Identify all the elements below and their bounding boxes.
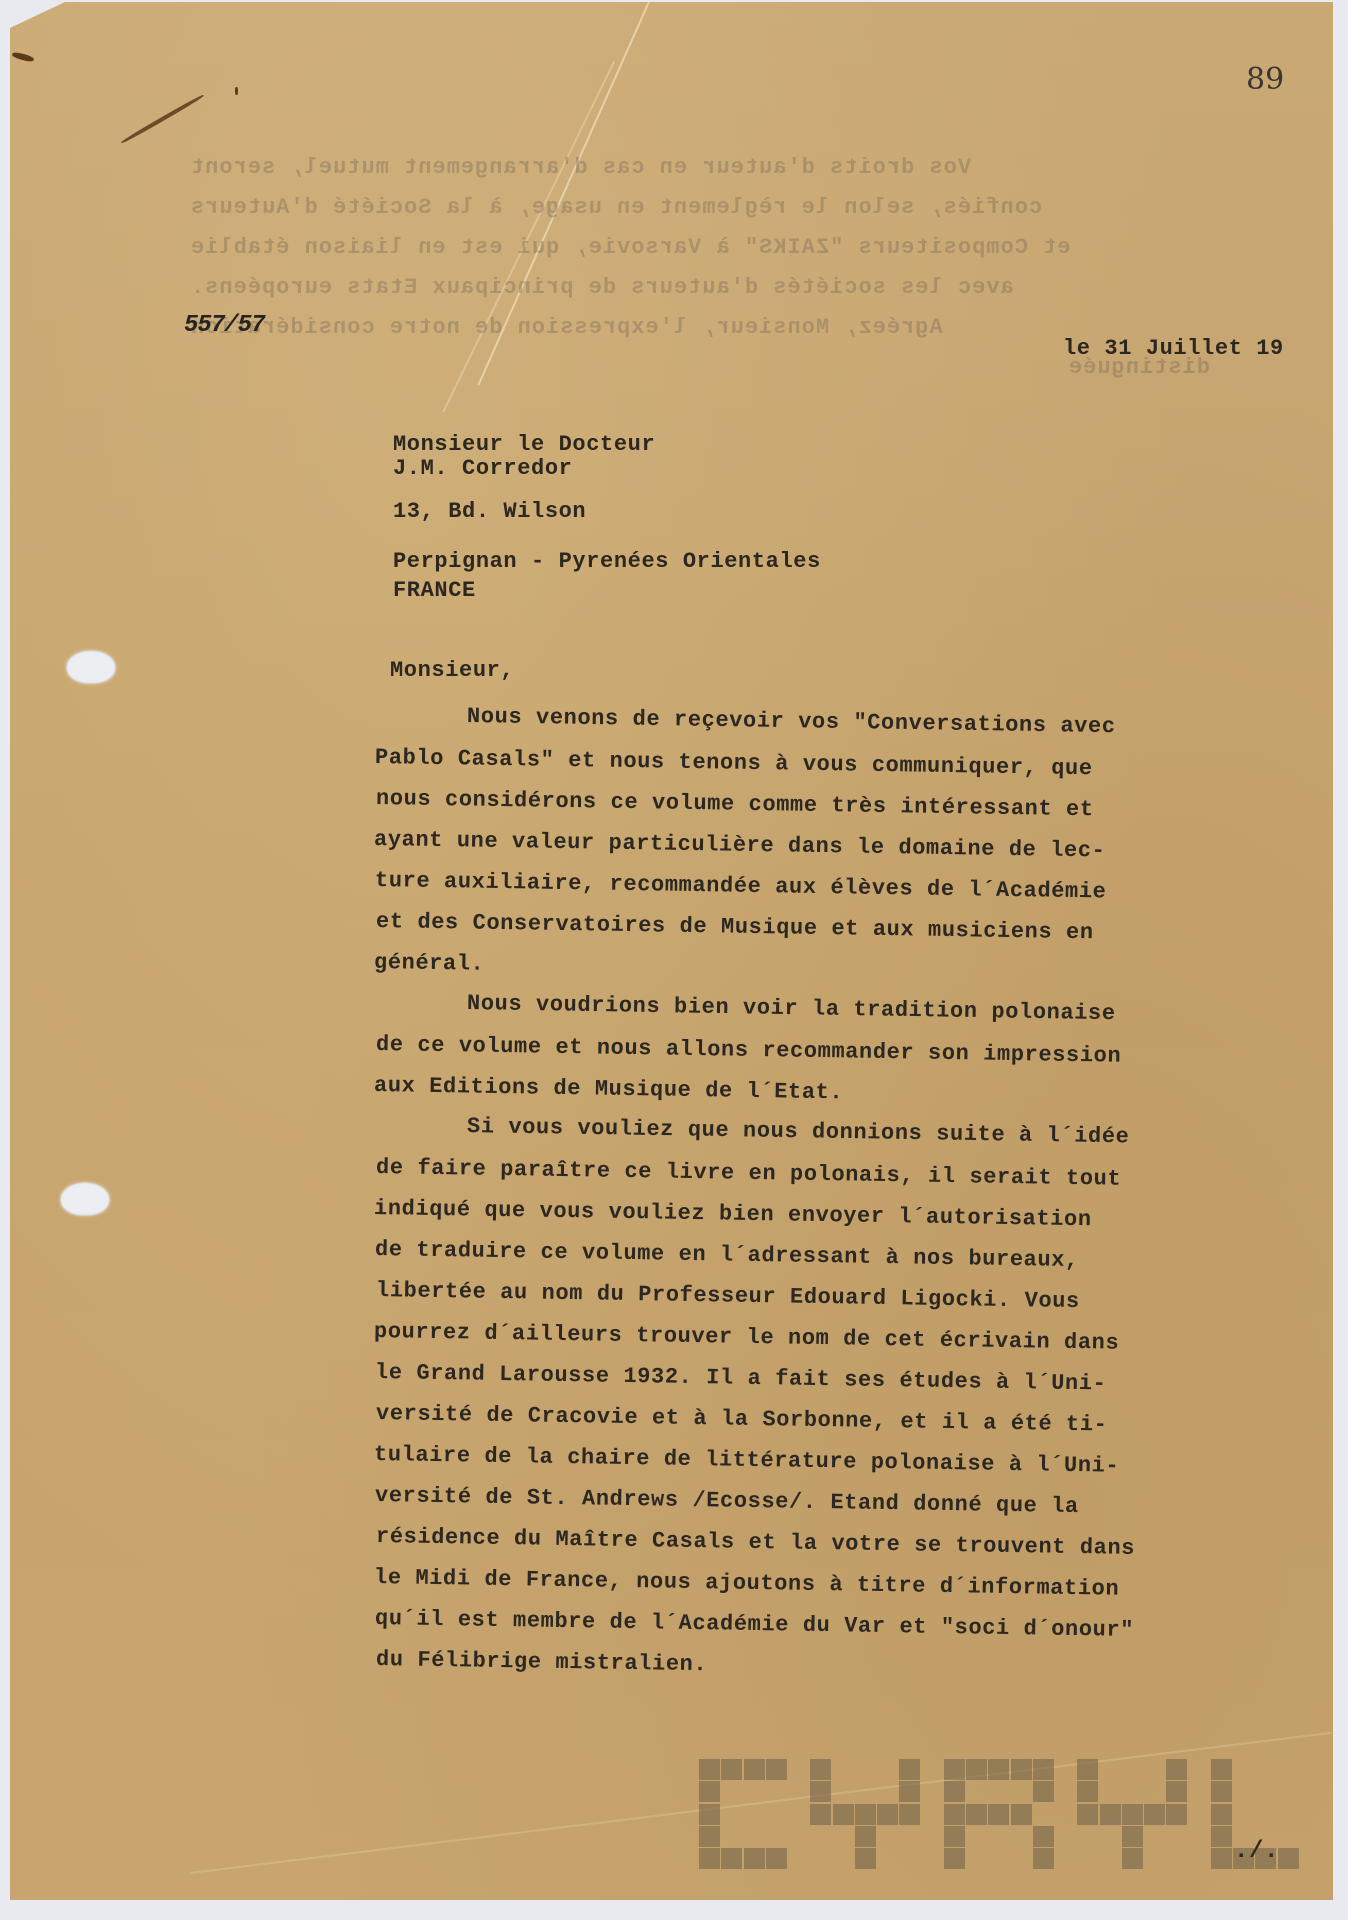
salutation: Monsieur, — [390, 658, 514, 683]
watermark-cell — [699, 1848, 720, 1869]
watermark-cell — [944, 1781, 965, 1802]
watermark-cell — [1122, 1826, 1143, 1847]
watermark-cell — [1077, 1781, 1098, 1802]
watermark-cell — [1122, 1848, 1143, 1869]
watermark-cell — [855, 1826, 876, 1847]
watermark-cell — [810, 1781, 831, 1802]
watermark-cell — [766, 1759, 787, 1780]
watermark-cell — [966, 1759, 987, 1780]
watermark-cell — [1033, 1781, 1054, 1802]
ghost-line: Vos droits d'auteur en cas d'arrangement… — [190, 148, 1210, 188]
watermark-cell — [1211, 1781, 1232, 1802]
watermark-cell — [699, 1826, 720, 1847]
watermark-cell — [1278, 1848, 1299, 1869]
watermark-cell — [1166, 1759, 1187, 1780]
watermark-cell — [944, 1804, 965, 1825]
watermark-cell — [1211, 1848, 1232, 1869]
watermark-cell — [699, 1759, 720, 1780]
address-line: J.M. Corredor — [393, 456, 572, 481]
page-number: 89 — [1246, 62, 1284, 97]
watermark-cell — [721, 1759, 742, 1780]
watermark-cell — [988, 1759, 1009, 1780]
watermark-cell — [1211, 1759, 1232, 1780]
watermark-cell — [1166, 1804, 1187, 1825]
watermark-cell — [899, 1759, 920, 1780]
watermark-cell — [766, 1848, 787, 1869]
letter-date: le 31 Juillet 19 — [1063, 336, 1284, 361]
watermark-cell — [699, 1804, 720, 1825]
ghost-line: confiés, selon le règlement en usage, à … — [190, 188, 1210, 228]
watermark-cell — [1033, 1848, 1054, 1869]
watermark-cell — [966, 1804, 987, 1825]
watermark-cell — [988, 1804, 1009, 1825]
watermark-cell — [944, 1759, 965, 1780]
address-line: Perpignan - Pyrenées Orientales — [393, 549, 821, 574]
punch-hole — [66, 650, 116, 684]
watermark-cell — [721, 1848, 742, 1869]
watermark-cell — [1033, 1759, 1054, 1780]
ink-stain — [12, 51, 35, 62]
watermark-cell — [855, 1848, 876, 1869]
reference-number: 557/57 — [184, 312, 264, 339]
body-line: du Félibrige mistralien. — [376, 1647, 708, 1677]
watermark-cell — [1011, 1804, 1032, 1825]
bleed-through-text: Vos droits d'auteur en cas d'arrangement… — [190, 148, 1210, 388]
punch-hole — [60, 1182, 110, 1216]
watermark-cell — [899, 1804, 920, 1825]
watermark-cell — [944, 1826, 965, 1847]
watermark-cell — [744, 1848, 765, 1869]
watermark-cell — [1211, 1826, 1232, 1847]
watermark-cell — [810, 1759, 831, 1780]
watermark-cell — [1166, 1781, 1187, 1802]
ghost-line: et Compositeurs "ZAIKS" à Varsovie, qui … — [190, 228, 1210, 268]
ink-stain — [235, 87, 238, 95]
watermark-cell — [899, 1781, 920, 1802]
watermark-cell — [877, 1804, 898, 1825]
ghost-line: Agréez, Monsieur, l'expression de notre … — [190, 308, 1210, 348]
address-line: FRANCE — [393, 578, 476, 603]
ink-stain — [120, 94, 204, 145]
ghost-line: distinguée — [190, 348, 1210, 388]
watermark-cell — [744, 1759, 765, 1780]
watermark-cell — [1100, 1804, 1121, 1825]
watermark-cell — [833, 1804, 854, 1825]
body-line: général. — [374, 950, 485, 977]
watermark-cell — [810, 1804, 831, 1825]
watermark-cell — [1077, 1759, 1098, 1780]
watermark-cell — [1122, 1804, 1143, 1825]
continuation-mark: ./. — [1234, 1838, 1279, 1865]
watermark-cell — [1011, 1759, 1032, 1780]
watermark-cell — [1033, 1826, 1054, 1847]
watermark-cell — [699, 1781, 720, 1802]
watermark-cell — [1144, 1804, 1165, 1825]
watermark-cell — [1211, 1804, 1232, 1825]
watermark-cell — [1077, 1804, 1098, 1825]
watermark-cell — [855, 1804, 876, 1825]
address-line: Monsieur le Docteur — [393, 432, 655, 457]
watermark-cell — [944, 1848, 965, 1869]
ghost-line: avec les sociétés d'auteurs de principau… — [190, 268, 1210, 308]
address-line: 13, Bd. Wilson — [393, 499, 586, 524]
